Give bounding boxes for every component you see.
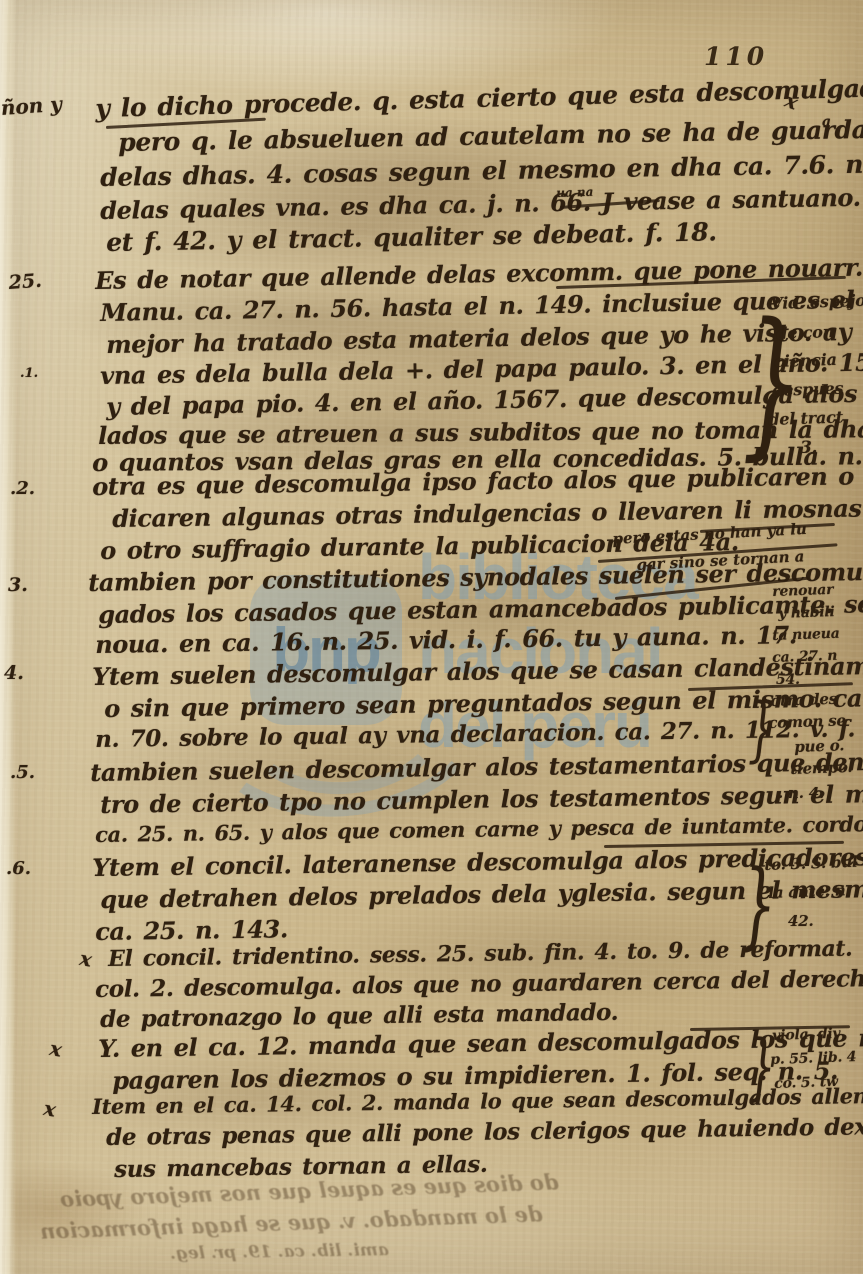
- paragraph-marker: x: [42, 1096, 58, 1122]
- paragraph-marker: 3.: [8, 574, 28, 596]
- manuscript-page: bnp biblioteca nacional del perú 110 ñon…: [0, 0, 863, 1274]
- manuscript-line: de otras penas que alli pone los clerigo…: [106, 1113, 863, 1151]
- margin-note: ciencia: [774, 350, 837, 371]
- paragraph-marker: 25.: [8, 270, 43, 294]
- paragraph-marker: 4.: [4, 662, 24, 684]
- manuscript-line: y lo dicho procede. q. esta cierto que e…: [95, 73, 863, 123]
- margin-note: renouar: [772, 582, 834, 600]
- margin-note: 3.: [800, 438, 817, 458]
- paragraph-marker: .6.: [6, 858, 31, 879]
- margin-note: otra des: [770, 690, 837, 710]
- margin-note: del tract.: [768, 407, 849, 429]
- manuscript-line: ca. 25. n. 143.: [95, 914, 288, 946]
- paragraph-marker: .1.: [20, 366, 38, 381]
- handwriting-layer: ñon yy lo dicho procede. q. esta cierto …: [0, 0, 863, 1274]
- margin-note: Vid. espejo: [770, 291, 863, 313]
- ink-mark: a: [822, 114, 831, 130]
- paragraph-marker: x: [78, 946, 94, 972]
- paragraph-marker: x: [48, 1036, 64, 1062]
- margin-note: la ante. n.: [768, 881, 851, 902]
- paragraph-marker: .5.: [10, 762, 35, 783]
- margin-note: despues: [772, 379, 844, 400]
- margin-note: p. 55. lib. 4: [770, 1049, 857, 1068]
- margin-note: de con: [776, 322, 834, 343]
- margin-note: 42.: [788, 912, 814, 930]
- margin-note: y habili: [778, 604, 835, 622]
- paragraph-marker: .2.: [10, 478, 35, 499]
- interlinear-note: ua na: [556, 185, 594, 200]
- margin-note: to. 3. S. bul: [764, 853, 858, 874]
- paragraph-marker: ñon y: [0, 92, 63, 120]
- bleedthrough-line: ami. lib. ca. 19. pr. leg.: [170, 1240, 389, 1264]
